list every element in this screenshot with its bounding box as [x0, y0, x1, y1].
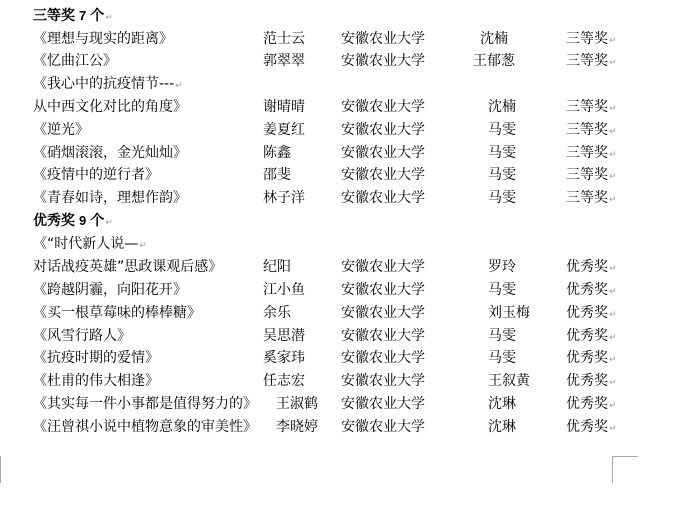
table-row-continuation: 《“时代新人说—↵	[0, 233, 700, 255]
paragraph-mark-icon: ↵	[609, 58, 617, 68]
paragraph-mark-icon: ↵	[609, 104, 617, 114]
entry-title: 《跨越阴霾，向阳花开》	[33, 279, 187, 301]
heading-unit: 个	[90, 213, 104, 229]
entry-advisor: 沈琳	[488, 393, 516, 415]
entry-award: 优秀奖	[566, 305, 608, 321]
entry-award: 优秀奖	[566, 350, 608, 366]
entry-title: 从中西文化对比的角度》	[33, 96, 187, 118]
entry-advisor: 马雯	[488, 187, 516, 209]
paragraph-mark-icon: ↵	[609, 424, 617, 434]
entry-school: 安徽农业大学	[341, 325, 425, 347]
entry-advisor: 马雯	[488, 142, 516, 164]
entry-school: 安徽农业大学	[341, 302, 425, 324]
entry-award: 三等奖	[566, 190, 608, 206]
entry-title: 《风雪行路人》	[33, 325, 131, 347]
entry-title: 《忆曲江公》	[33, 50, 117, 72]
table-row: 《青春如诗，理想作韵》 林子洋 安徽农业大学 马雯 三等奖↵	[0, 187, 700, 209]
table-row: 《跨越阴霾，向阳花开》 江小鱼 安徽农业大学 马雯 优秀奖↵	[0, 279, 700, 301]
entry-school: 安徽农业大学	[341, 370, 425, 392]
entry-author: 林子洋	[263, 187, 305, 209]
entry-award: 三等奖	[566, 99, 608, 115]
entry-award: 三等奖	[566, 53, 608, 69]
paragraph-mark-icon: ↵	[609, 195, 617, 205]
table-row: 《其实每一件小事都是值得努力的》 王淑鹤 安徽农业大学 沈琳 优秀奖↵	[0, 393, 700, 415]
entry-award: 三等奖	[566, 31, 608, 47]
paragraph-mark-icon: ↵	[609, 401, 617, 411]
entry-advisor: 沈楠	[488, 96, 516, 118]
entry-advisor: 王郁葱	[473, 50, 515, 72]
entry-title: 《疫情中的逆行者》	[33, 164, 159, 186]
paragraph-mark-icon: ↵	[105, 13, 113, 23]
table-row: 《杜甫的伟大相逢》 任志宏 安徽农业大学 王叙黄 优秀奖↵	[0, 370, 700, 392]
table-row: 《抗疫时期的爱情》 奚家玮 安徽农业大学 马雯 优秀奖↵	[0, 347, 700, 369]
entry-school: 安徽农业大学	[341, 393, 425, 415]
entry-school: 安徽农业大学	[341, 142, 425, 164]
entry-advisor: 马雯	[488, 347, 516, 369]
entry-title: 《青春如诗，理想作韵》	[33, 187, 187, 209]
entry-title: 《汪曾祺小说中植物意象的审美性》	[33, 416, 257, 438]
entry-author: 江小鱼	[263, 279, 305, 301]
entry-author: 纪阳	[263, 256, 291, 278]
section-heading-third-prize: 三等奖7个↵	[0, 5, 700, 27]
table-row: 对话战疫英雄”思政课观后感》 纪阳 安徽农业大学 罗玲 优秀奖↵	[0, 256, 700, 278]
entry-author: 谢晴晴	[263, 96, 305, 118]
entry-award: 优秀奖	[566, 419, 608, 435]
entry-award: 优秀奖	[566, 373, 608, 389]
entry-advisor: 罗玲	[488, 256, 516, 278]
entry-author: 姜夏红	[263, 119, 305, 141]
paragraph-mark-icon: ↵	[609, 36, 617, 46]
document-page: 三等奖7个↵ 《理想与现实的距离》 范士云 安徽农业大学 沈楠 三等奖↵ 《忆曲…	[0, 0, 700, 506]
entry-award: 三等奖	[566, 145, 608, 161]
table-row: 《买一根草莓味的棒棒糖》 余乐 安徽农业大学 刘玉梅 优秀奖↵	[0, 302, 700, 324]
entry-school: 安徽农业大学	[341, 119, 425, 141]
entry-school: 安徽农业大学	[341, 347, 425, 369]
entry-title: 《逆光》	[33, 119, 89, 141]
entry-title: 《其实每一件小事都是值得努力的》	[33, 393, 257, 415]
entry-school: 安徽农业大学	[341, 164, 425, 186]
entry-school: 安徽农业大学	[341, 96, 425, 118]
entry-school: 安徽农业大学	[341, 256, 425, 278]
entry-author: 余乐	[263, 302, 291, 324]
table-row-continuation: 《我心中的抗疫情节---↵	[0, 73, 700, 95]
table-row: 《风雪行路人》 吴思潜 安徽农业大学 马雯 优秀奖↵	[0, 325, 700, 347]
entry-author: 陈鑫	[263, 142, 291, 164]
paragraph-mark-icon: ↵	[139, 241, 147, 251]
heading-label: 三等奖	[33, 8, 75, 24]
entry-author: 范士云	[263, 28, 305, 50]
entry-award: 优秀奖	[566, 282, 608, 298]
table-row: 《疫情中的逆行者》 邵斐 安徽农业大学 马雯 三等奖↵	[0, 164, 700, 186]
paragraph-mark-icon: ↵	[609, 310, 617, 320]
page-corner-mark-right	[612, 456, 613, 483]
entry-author: 奚家玮	[263, 347, 305, 369]
entry-title: 《抗疫时期的爱情》	[33, 347, 159, 369]
entry-title: 《买一根草莓味的棒棒糖》	[33, 302, 201, 324]
paragraph-mark-icon: ↵	[175, 81, 183, 91]
entry-award: 三等奖	[566, 167, 608, 183]
heading-count: 7	[79, 8, 86, 23]
paragraph-mark-icon: ↵	[609, 355, 617, 365]
entry-advisor: 王叙黄	[488, 370, 530, 392]
entry-title: 《杜甫的伟大相逢》	[33, 370, 159, 392]
entry-school: 安徽农业大学	[341, 50, 425, 72]
entry-advisor: 马雯	[488, 325, 516, 347]
entry-author: 王淑鹤	[276, 393, 318, 415]
entry-advisor: 马雯	[488, 164, 516, 186]
heading-count: 9	[79, 213, 86, 228]
heading-unit: 个	[90, 8, 104, 24]
entry-title-line1: 《我心中的抗疫情节---	[33, 76, 174, 92]
entry-author: 郭翠翠	[263, 50, 305, 72]
paragraph-mark-icon: ↵	[105, 218, 113, 228]
entry-advisor: 沈楠	[480, 28, 508, 50]
paragraph-mark-icon: ↵	[609, 378, 617, 388]
paragraph-mark-icon: ↵	[609, 172, 617, 182]
entry-school: 安徽农业大学	[341, 187, 425, 209]
page-corner-mark-left	[0, 456, 1, 483]
entry-advisor: 马雯	[488, 119, 516, 141]
entry-advisor: 刘玉梅	[488, 302, 530, 324]
entry-award: 优秀奖	[566, 328, 608, 344]
entry-award: 优秀奖	[566, 396, 608, 412]
table-row: 《忆曲江公》 郭翠翠 安徽农业大学 王郁葱 三等奖↵	[0, 50, 700, 72]
entry-title: 《理想与现实的距离》	[33, 28, 173, 50]
page-corner-mark-right-top	[612, 456, 638, 457]
table-row: 《汪曾祺小说中植物意象的审美性》 李晓婷 安徽农业大学 沈琳 优秀奖↵	[0, 416, 700, 438]
table-row: 从中西文化对比的角度》 谢晴晴 安徽农业大学 沈楠 三等奖↵	[0, 96, 700, 118]
entry-award: 三等奖	[566, 122, 608, 138]
entry-title-line1: 《“时代新人说—	[33, 236, 138, 252]
entry-school: 安徽农业大学	[341, 416, 425, 438]
paragraph-mark-icon: ↵	[609, 264, 617, 274]
entry-author: 任志宏	[263, 370, 305, 392]
entry-award: 优秀奖	[566, 259, 608, 275]
entry-advisor: 沈琳	[488, 416, 516, 438]
table-row: 《逆光》 姜夏红 安徽农业大学 马雯 三等奖↵	[0, 119, 700, 141]
paragraph-mark-icon: ↵	[609, 287, 617, 297]
table-row: 《理想与现实的距离》 范士云 安徽农业大学 沈楠 三等奖↵	[0, 28, 700, 50]
paragraph-mark-icon: ↵	[609, 150, 617, 160]
entry-title: 对话战疫英雄”思政课观后感》	[33, 256, 222, 278]
entry-advisor: 马雯	[488, 279, 516, 301]
entry-school: 安徽农业大学	[341, 279, 425, 301]
entry-author: 邵斐	[263, 164, 291, 186]
paragraph-mark-icon: ↵	[609, 127, 617, 137]
entry-title: 《硝烟滚滚，金光灿灿》	[33, 142, 187, 164]
table-row: 《硝烟滚滚，金光灿灿》 陈鑫 安徽农业大学 马雯 三等奖↵	[0, 142, 700, 164]
entry-school: 安徽农业大学	[341, 28, 425, 50]
section-heading-honorable-mention: 优秀奖9个↵	[0, 210, 700, 232]
entry-author: 吴思潜	[263, 325, 305, 347]
heading-label: 优秀奖	[33, 213, 75, 229]
paragraph-mark-icon: ↵	[609, 333, 617, 343]
entry-author: 李晓婷	[276, 416, 318, 438]
